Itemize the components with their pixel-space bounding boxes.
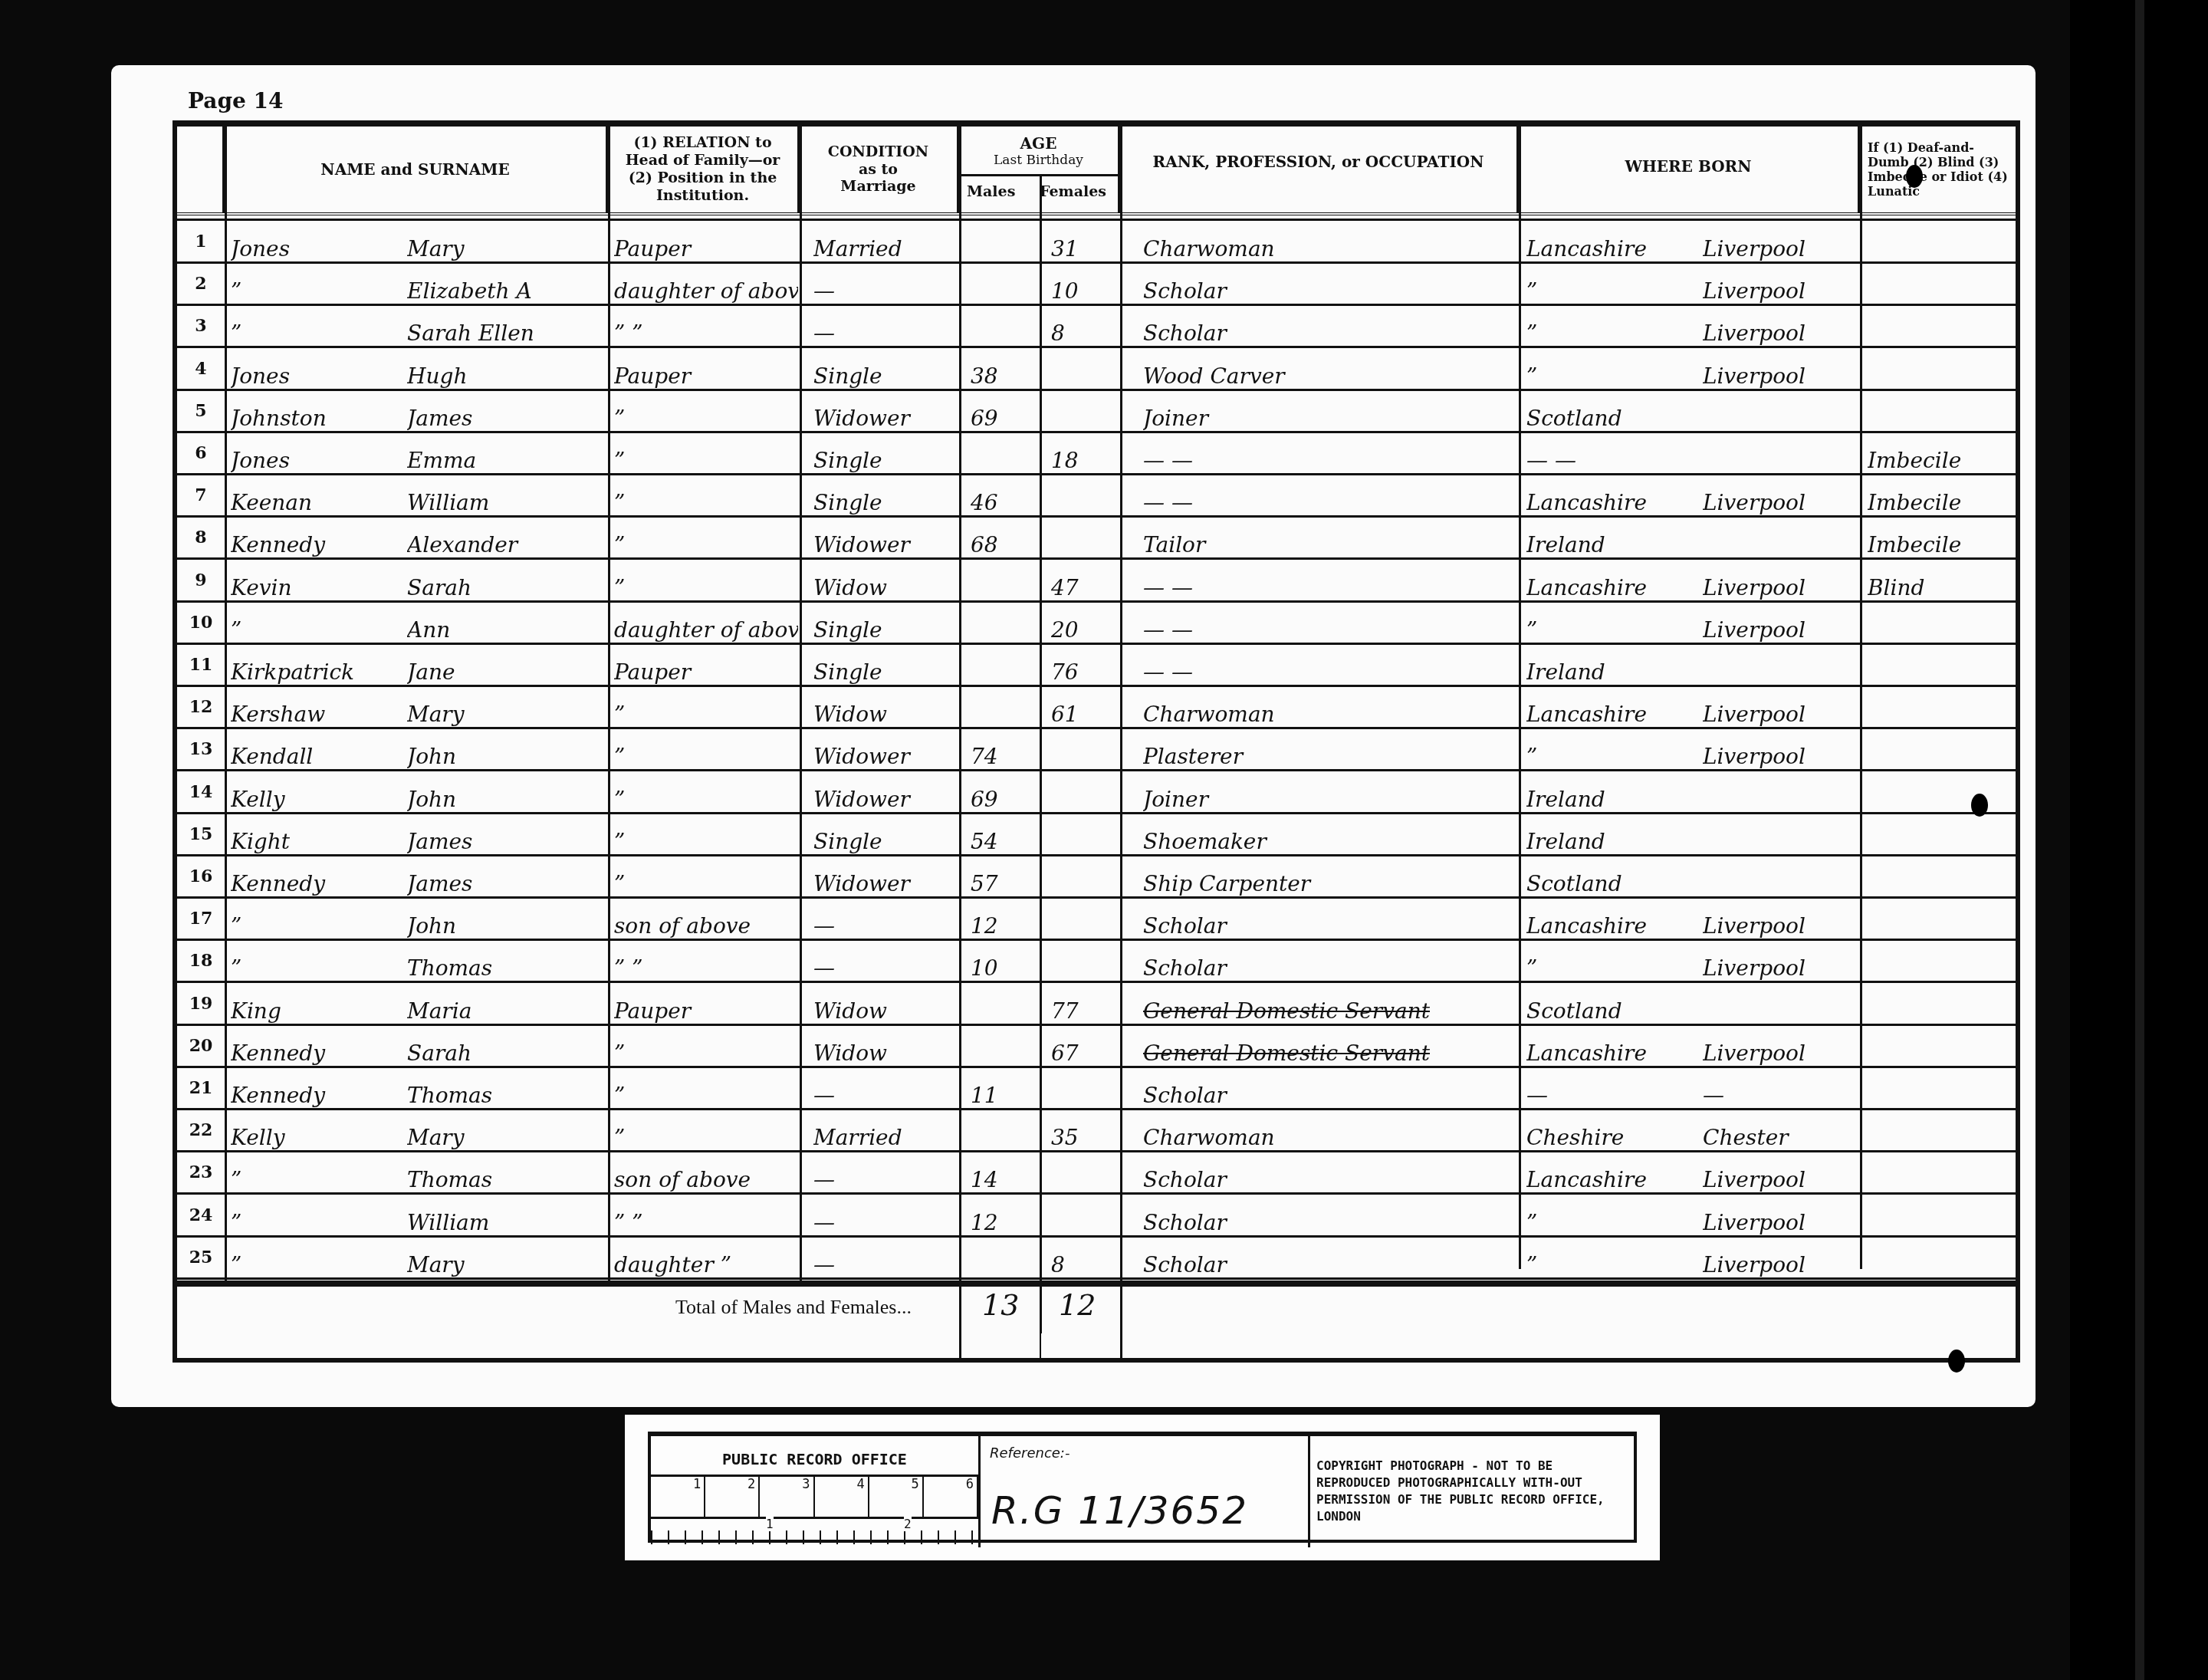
cell-female	[1051, 814, 1120, 857]
cell-female: 61	[1051, 687, 1120, 730]
cell-county: ”	[1526, 306, 1691, 349]
cell-forename: Emma	[407, 433, 608, 476]
cell-infirmity	[1868, 899, 2013, 942]
cell-forename: James	[407, 856, 608, 899]
cell-place	[1703, 856, 1860, 899]
cell-female	[1051, 1152, 1120, 1195]
cell-n: 22	[177, 1110, 225, 1150]
header-condition: CONDITION as to Marriage	[800, 127, 959, 212]
cell-surname: Kennedy	[231, 1068, 422, 1111]
cell-forename: Thomas	[407, 1068, 608, 1111]
table-row: 19KingMariaPauperWidow77General Domestic…	[177, 984, 2016, 1026]
table-row: 15KightJames”Single54ShoemakerIreland	[177, 814, 2016, 856]
cell-occupation: Scholar	[1143, 899, 1519, 942]
cell-relation: ” ”	[614, 306, 798, 349]
table-row: 14KellyJohn”Widower69JoinerIreland	[177, 772, 2016, 814]
cell-county: ”	[1526, 1195, 1691, 1238]
cell-male: 54	[971, 814, 1040, 857]
cell-female: 76	[1051, 645, 1120, 688]
table-row: 24”William” ”—12Scholar”Liverpool	[177, 1195, 2016, 1238]
cell-infirmity: Imbecile	[1868, 475, 2013, 518]
header-occupation: RANK, PROFESSION, or OCCUPATION	[1120, 127, 1519, 212]
cell-place	[1703, 984, 1860, 1027]
header-age-title: AGE	[994, 134, 1083, 153]
pro-label-frame: PUBLIC RECORD OFFICE 1 2 3 4 5 6 1 2 Ref…	[648, 1432, 1637, 1543]
cell-condition: Married	[813, 222, 959, 265]
cell-n: 11	[177, 645, 225, 685]
cell-place: Liverpool	[1703, 222, 1860, 265]
cell-male: 10	[971, 941, 1040, 984]
cell-county: Cheshire	[1526, 1110, 1691, 1153]
cell-infirmity	[1868, 306, 2013, 349]
cell-place: Liverpool	[1703, 306, 1860, 349]
cell-place: Liverpool	[1703, 941, 1860, 984]
cell-male: 11	[971, 1068, 1040, 1111]
cell-surname: ”	[231, 306, 422, 349]
cell-relation: ”	[614, 814, 798, 857]
cell-forename: Sarah Ellen	[407, 306, 608, 349]
cell-place	[1703, 814, 1860, 857]
cell-male: 38	[971, 349, 1040, 392]
cell-condition: Widower	[813, 391, 959, 434]
cell-county: ”	[1526, 941, 1691, 984]
cell-infirmity	[1868, 1026, 2013, 1069]
cell-n: 20	[177, 1026, 225, 1066]
film-strip	[2135, 0, 2144, 1680]
cell-surname: King	[231, 984, 422, 1027]
census-form: NAME and SURNAME (1) RELATION to Head of…	[172, 120, 2020, 1363]
cell-n: 3	[177, 306, 225, 346]
cell-female	[1051, 391, 1120, 434]
cell-county: —	[1526, 1068, 1691, 1111]
cell-female	[1051, 518, 1120, 561]
cell-place: Liverpool	[1703, 1026, 1860, 1069]
cell-n: 4	[177, 349, 225, 389]
cell-county: Scotland	[1526, 391, 1691, 434]
cell-forename: Thomas	[407, 1152, 608, 1195]
cell-male	[971, 1238, 1040, 1281]
cell-place: Liverpool	[1703, 603, 1860, 646]
cell-county: Ireland	[1526, 772, 1691, 815]
cell-male: 12	[971, 1195, 1040, 1238]
cell-male: 68	[971, 518, 1040, 561]
cell-infirmity	[1868, 772, 2013, 815]
cell-relation: daughter of above	[614, 603, 798, 646]
cell-county: Lancashire	[1526, 475, 1691, 518]
cell-infirmity	[1868, 729, 2013, 772]
cell-n: 19	[177, 984, 225, 1024]
cell-n: 14	[177, 772, 225, 812]
header-number	[177, 127, 225, 212]
header-females: Females	[1040, 183, 1106, 200]
cell-condition: Single	[813, 433, 959, 476]
table-row: 7KeenanWilliam”Single46— —LancashireLive…	[177, 475, 2016, 518]
cell-occupation: Ship Carpenter	[1143, 856, 1519, 899]
cell-occupation: Shoemaker	[1143, 814, 1519, 857]
cell-occupation: — —	[1143, 561, 1519, 603]
cell-occupation: Scholar	[1143, 264, 1519, 307]
table-row: 25”Marydaughter ”—8Scholar”Liverpool	[177, 1238, 2016, 1280]
cell-n: 1	[177, 222, 225, 261]
cell-relation: Pauper	[614, 645, 798, 688]
cell-relation: daughter of above	[614, 264, 798, 307]
table-row: 17”Johnson of above—12ScholarLancashireL…	[177, 899, 2016, 941]
table-row: 3”Sarah Ellen” ”—8Scholar”Liverpool	[177, 306, 2016, 348]
cell-occupation: General Domestic Servant	[1143, 1026, 1519, 1069]
total-rule	[177, 1281, 2016, 1287]
total-rule-v	[1040, 1287, 1041, 1359]
cell-county: ”	[1526, 729, 1691, 772]
cell-male	[971, 1026, 1040, 1069]
table-row: 22KellyMary”Married35CharwomanCheshireCh…	[177, 1110, 2016, 1152]
cell-male	[971, 433, 1040, 476]
cell-condition: Married	[813, 1110, 959, 1153]
header-infirmity: If (1) Deaf-and-Dumb (2) Blind (3) Imbec…	[1860, 127, 2016, 212]
cell-condition: Single	[813, 603, 959, 646]
cell-female	[1051, 1195, 1120, 1238]
cell-condition: Widow	[813, 984, 959, 1027]
cell-condition: Widower	[813, 518, 959, 561]
cell-place: Liverpool	[1703, 561, 1860, 603]
cell-male	[971, 561, 1040, 603]
cell-condition: Widow	[813, 1026, 959, 1069]
cell-occupation: — —	[1143, 645, 1519, 688]
cell-female	[1051, 475, 1120, 518]
cell-surname: Kershaw	[231, 687, 422, 730]
cell-relation: ”	[614, 475, 798, 518]
cell-infirmity	[1868, 1110, 2013, 1153]
cell-n: 23	[177, 1152, 225, 1192]
table-row: 9KevinSarah”Widow47— —LancashireLiverpoo…	[177, 561, 2016, 603]
ruler-fine: 1 2	[651, 1517, 978, 1544]
cell-occupation: Scholar	[1143, 1068, 1519, 1111]
cell-n: 17	[177, 899, 225, 939]
cell-n: 25	[177, 1238, 225, 1277]
cell-relation: Pauper	[614, 222, 798, 265]
cell-infirmity	[1868, 814, 2013, 857]
header-relation: (1) RELATION to Head of Family—or (2) Po…	[608, 127, 800, 212]
cell-place: Chester	[1703, 1110, 1860, 1153]
cell-infirmity: Imbecile	[1868, 433, 2013, 476]
cell-relation: ”	[614, 729, 798, 772]
cell-occupation: Scholar	[1143, 1238, 1519, 1281]
cell-occupation: Scholar	[1143, 1152, 1519, 1195]
cell-place	[1703, 645, 1860, 688]
cell-relation: ”	[614, 1026, 798, 1069]
cell-n: 7	[177, 475, 225, 515]
cell-surname: ”	[231, 603, 422, 646]
cell-surname: ”	[231, 941, 422, 984]
pro-office-title: PUBLIC RECORD OFFICE	[651, 1450, 978, 1468]
public-record-office-label: PUBLIC RECORD OFFICE 1 2 3 4 5 6 1 2 Ref…	[625, 1415, 1660, 1560]
cell-condition: Widower	[813, 856, 959, 899]
cell-relation: ”	[614, 772, 798, 815]
cell-female: 31	[1051, 222, 1120, 265]
cell-male	[971, 645, 1040, 688]
cell-condition: Widower	[813, 729, 959, 772]
cell-condition: Single	[813, 349, 959, 392]
cell-surname: Kelly	[231, 772, 422, 815]
cell-county: Lancashire	[1526, 1026, 1691, 1069]
cell-condition: Widow	[813, 687, 959, 730]
cell-occupation: Scholar	[1143, 1195, 1519, 1238]
cell-forename: Thomas	[407, 941, 608, 984]
cell-female	[1051, 1068, 1120, 1111]
cell-female: 18	[1051, 433, 1120, 476]
cell-forename: John	[407, 899, 608, 942]
cell-forename: Alexander	[407, 518, 608, 561]
cell-n: 10	[177, 603, 225, 643]
cell-surname: Kennedy	[231, 1026, 422, 1069]
cell-forename: Mary	[407, 687, 608, 730]
cell-n: 2	[177, 264, 225, 304]
cell-n: 12	[177, 687, 225, 727]
cell-forename: James	[407, 814, 608, 857]
cell-infirmity	[1868, 1068, 2013, 1111]
cell-male: 14	[971, 1152, 1040, 1195]
cell-place	[1703, 433, 1860, 476]
cell-infirmity	[1868, 1152, 2013, 1195]
cell-female: 77	[1051, 984, 1120, 1027]
total-rule-v	[1120, 1287, 1122, 1359]
header-males: Males	[967, 183, 1015, 200]
cell-occupation: Scholar	[1143, 306, 1519, 349]
cell-condition: —	[813, 1195, 959, 1238]
cell-surname: ”	[231, 264, 422, 307]
cell-infirmity	[1868, 941, 2013, 984]
table-row: 4JonesHughPauperSingle38Wood Carver”Live…	[177, 349, 2016, 391]
header-where-born: WHERE BORN	[1519, 127, 1860, 212]
total-males: 13	[982, 1288, 1019, 1322]
cell-infirmity	[1868, 264, 2013, 307]
cell-occupation: Charwoman	[1143, 222, 1519, 265]
cell-forename: Mary	[407, 1238, 608, 1281]
cell-surname: Keenan	[231, 475, 422, 518]
cell-condition: Widow	[813, 561, 959, 603]
cell-n: 9	[177, 561, 225, 600]
cell-occupation: Joiner	[1143, 391, 1519, 434]
total-females: 12	[1059, 1288, 1096, 1322]
ruler-tick: 3	[760, 1477, 814, 1517]
cell-relation: ”	[614, 391, 798, 434]
cell-place: Liverpool	[1703, 475, 1860, 518]
cell-surname: Kendall	[231, 729, 422, 772]
cell-female: 8	[1051, 1238, 1120, 1281]
cell-relation: ”	[614, 433, 798, 476]
cell-forename: Sarah	[407, 1026, 608, 1069]
cell-n: 13	[177, 729, 225, 769]
cell-surname: Jones	[231, 433, 422, 476]
cell-infirmity	[1868, 687, 2013, 730]
cell-forename: Ann	[407, 603, 608, 646]
cell-surname: ”	[231, 1195, 422, 1238]
ruler-tick: 2	[705, 1477, 760, 1517]
cell-occupation: Joiner	[1143, 772, 1519, 815]
cell-relation: ” ”	[614, 1195, 798, 1238]
cell-female: 20	[1051, 603, 1120, 646]
cell-county: ”	[1526, 603, 1691, 646]
cell-infirmity	[1868, 349, 2013, 392]
table-row: 12KershawMary”Widow61CharwomanLancashire…	[177, 687, 2016, 729]
cell-condition: —	[813, 306, 959, 349]
cell-condition: —	[813, 899, 959, 942]
reference-value: R.G 11/3652	[991, 1488, 1248, 1533]
cell-male	[971, 603, 1040, 646]
table-row: 6JonesEmma”Single18— —— —Imbecile	[177, 433, 2016, 475]
cell-county: Lancashire	[1526, 1152, 1691, 1195]
cell-forename: John	[407, 729, 608, 772]
table-row: 5JohnstonJames”Widower69JoinerScotland	[177, 391, 2016, 433]
cell-infirmity	[1868, 1195, 2013, 1238]
cell-n: 5	[177, 391, 225, 431]
table-row: 1JonesMaryPauperMarried31CharwomanLancas…	[177, 222, 2016, 264]
cell-forename: Mary	[407, 1110, 608, 1153]
cell-female	[1051, 729, 1120, 772]
cell-male: 69	[971, 772, 1040, 815]
cell-forename: William	[407, 1195, 608, 1238]
cell-n: 18	[177, 941, 225, 981]
cell-relation: ”	[614, 1068, 798, 1111]
table-row: 20KennedySarah”Widow67General Domestic S…	[177, 1026, 2016, 1068]
ink-blot	[1948, 1350, 1965, 1373]
cell-female	[1051, 349, 1120, 392]
census-sheet: Page 14 NAME and SURNAME (1) RELATION to…	[111, 65, 2036, 1407]
cell-forename: Maria	[407, 984, 608, 1027]
table-row: 21KennedyThomas”—11Scholar——	[177, 1068, 2016, 1110]
pro-reference-block: Reference:- R.G 11/3652	[981, 1436, 1310, 1547]
cell-male: 46	[971, 475, 1040, 518]
pro-office-block: PUBLIC RECORD OFFICE 1 2 3 4 5 6 1 2	[651, 1436, 981, 1547]
cell-infirmity: Blind	[1868, 561, 2013, 603]
ruler-tick: 4	[815, 1477, 869, 1517]
cell-surname: Kennedy	[231, 518, 422, 561]
cell-surname: ”	[231, 899, 422, 942]
ink-blot	[1971, 794, 1988, 817]
ruler-tick: 1	[766, 1517, 774, 1531]
cell-condition: Single	[813, 645, 959, 688]
cell-relation: Pauper	[614, 349, 798, 392]
cell-infirmity	[1868, 856, 2013, 899]
cell-n: 24	[177, 1195, 225, 1235]
copyright-notice: COPYRIGHT PHOTOGRAPH - NOT TO BE REPRODU…	[1316, 1458, 1631, 1525]
cell-occupation: Tailor	[1143, 518, 1519, 561]
table-row: 18”Thomas” ”—10Scholar”Liverpool	[177, 941, 2016, 983]
total-rule-v	[959, 1287, 961, 1359]
cell-forename: Elizabeth A	[407, 264, 608, 307]
cell-occupation: Plasterer	[1143, 729, 1519, 772]
cell-condition: —	[813, 1238, 959, 1281]
cell-place	[1703, 391, 1860, 434]
cell-place: Liverpool	[1703, 729, 1860, 772]
cell-male: 57	[971, 856, 1040, 899]
cell-n: 6	[177, 433, 225, 473]
cell-place: Liverpool	[1703, 899, 1860, 942]
cell-place: Liverpool	[1703, 687, 1860, 730]
cell-infirmity	[1868, 391, 2013, 434]
cell-occupation: — —	[1143, 603, 1519, 646]
ruler-tick: 1	[651, 1477, 705, 1517]
header-rule-2	[177, 219, 2016, 221]
page-label: Page 14	[188, 88, 284, 113]
cell-female	[1051, 941, 1120, 984]
cell-county: Lancashire	[1526, 561, 1691, 603]
cell-infirmity	[1868, 645, 2013, 688]
cell-forename: Jane	[407, 645, 608, 688]
cell-relation: ”	[614, 561, 798, 603]
cell-relation: Pauper	[614, 984, 798, 1027]
ink-blot	[1906, 165, 1923, 188]
cell-n: 16	[177, 856, 225, 896]
cell-female	[1051, 772, 1120, 815]
cell-place: —	[1703, 1068, 1860, 1111]
cell-county: Lancashire	[1526, 687, 1691, 730]
cell-relation: daughter ”	[614, 1238, 798, 1281]
cell-forename: Hugh	[407, 349, 608, 392]
cell-female: 47	[1051, 561, 1120, 603]
header-name: NAME and SURNAME	[225, 127, 608, 212]
cell-occupation: Charwoman	[1143, 1110, 1519, 1153]
cell-female: 10	[1051, 264, 1120, 307]
cell-forename: Sarah	[407, 561, 608, 603]
cell-male	[971, 984, 1040, 1027]
table-row: 16KennedyJames”Widower57Ship CarpenterSc…	[177, 856, 2016, 899]
cell-surname: Kight	[231, 814, 422, 857]
cell-female	[1051, 856, 1120, 899]
ruler-inches: 1 2 3 4 5 6	[651, 1475, 978, 1519]
cell-occupation: General Domestic Servant	[1143, 984, 1519, 1027]
cell-surname: Jones	[231, 349, 422, 392]
cell-relation: son of above	[614, 1152, 798, 1195]
cell-surname: Kevin	[231, 561, 422, 603]
header-age-sub: Last Birthday	[994, 153, 1083, 168]
table-row: 23”Thomasson of above—14ScholarLancashir…	[177, 1152, 2016, 1195]
cell-county: Scotland	[1526, 984, 1691, 1027]
cell-n: 15	[177, 814, 225, 854]
cell-occupation: Scholar	[1143, 941, 1519, 984]
cell-forename: Mary	[407, 222, 608, 265]
cell-infirmity	[1868, 222, 2013, 265]
ruler-tick: 5	[869, 1477, 924, 1517]
cell-place: Liverpool	[1703, 1152, 1860, 1195]
cell-male	[971, 687, 1040, 730]
cell-condition: —	[813, 1152, 959, 1195]
cell-county: — —	[1526, 433, 1691, 476]
cell-relation: ”	[614, 518, 798, 561]
cell-surname: Kelly	[231, 1110, 422, 1153]
cell-female: 8	[1051, 306, 1120, 349]
cell-male: 74	[971, 729, 1040, 772]
cell-occupation: — —	[1143, 475, 1519, 518]
cell-county: ”	[1526, 1238, 1691, 1281]
cell-place: Liverpool	[1703, 1195, 1860, 1238]
cell-male	[971, 1110, 1040, 1153]
cell-occupation: — —	[1143, 433, 1519, 476]
cell-female: 35	[1051, 1110, 1120, 1153]
cell-infirmity	[1868, 603, 2013, 646]
cell-county: Lancashire	[1526, 899, 1691, 942]
cell-forename: William	[407, 475, 608, 518]
cell-female: 67	[1051, 1026, 1120, 1069]
table-row: 11KirkpatrickJanePauperSingle76— —Irelan…	[177, 645, 2016, 687]
ruler-tick: 6	[924, 1477, 978, 1517]
cell-surname: ”	[231, 1238, 422, 1281]
cell-n: 8	[177, 518, 225, 557]
cell-male: 69	[971, 391, 1040, 434]
cell-occupation: Charwoman	[1143, 687, 1519, 730]
cell-infirmity	[1868, 1238, 2013, 1281]
cell-condition: Single	[813, 475, 959, 518]
ruler-tick: 2	[904, 1517, 912, 1531]
